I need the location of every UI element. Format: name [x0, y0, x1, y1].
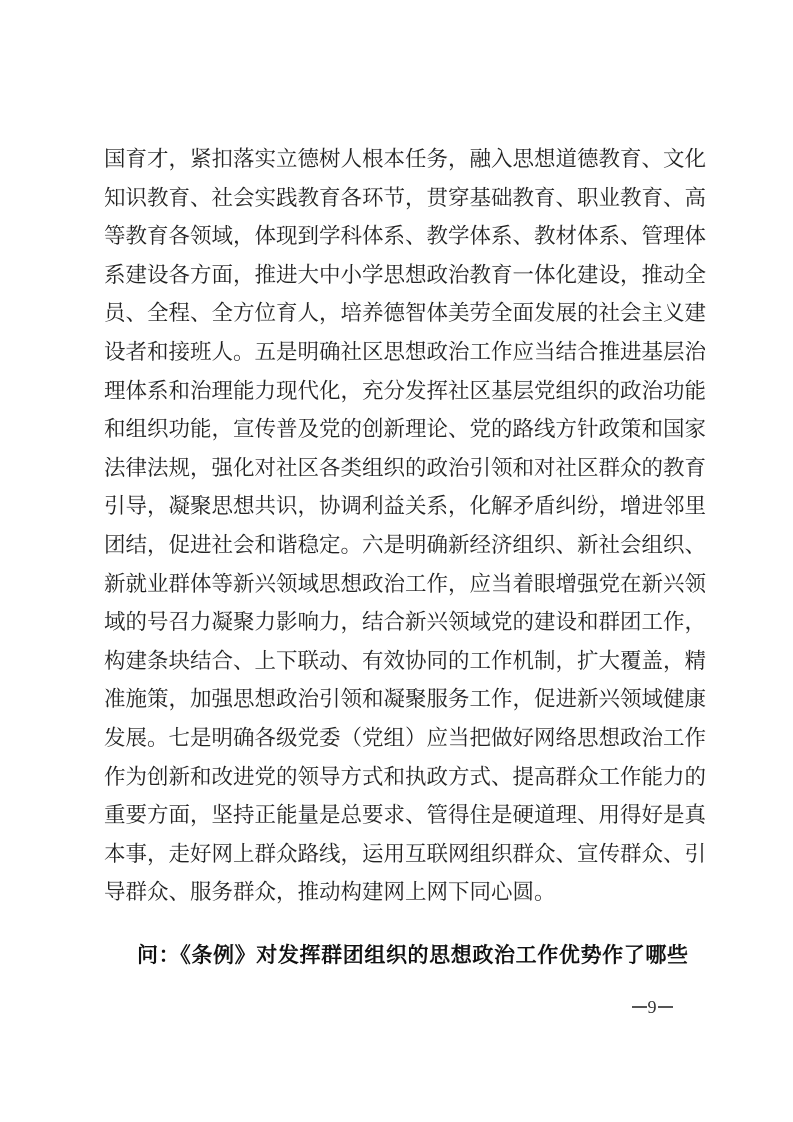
body-paragraph: 国育才，紧扣落实立德树人根本任务，融入思想道德教育、文化 知识教育、社会实践教育… — [104, 141, 688, 913]
page-number: 9 — [626, 994, 678, 1020]
page-number-dash-left — [632, 1006, 647, 1008]
text-line: 和组织功能，宣传普及党的创新理论、党的路线方针政策和国家 — [104, 411, 688, 450]
text-line: 域的号召力凝聚力影响力，结合新兴领域党的建设和群团工作， — [104, 604, 688, 643]
text-line: 构建条块结合、上下联动、有效协同的工作机制，扩大覆盖，精 — [104, 643, 688, 682]
text-line: 等教育各领域，体现到学科体系、教学体系、教材体系、管理体 — [104, 218, 688, 257]
text-line-last: 导群众、服务群众，推动构建网上网下同心圆。 — [104, 874, 688, 913]
page-number-value: 9 — [647, 997, 658, 1018]
text-line: 系建设各方面，推进大中小学思想政治教育一体化建设，推动全 — [104, 257, 688, 296]
text-line: 设者和接班人。五是明确社区思想政治工作应当结合推进基层治 — [104, 334, 688, 373]
text-line: 准施策，加强思想政治引领和凝聚服务工作，促进新兴领域健康 — [104, 681, 688, 720]
text-line: 法律法规，强化对社区各类组织的政治引领和对社区群众的教育 — [104, 450, 688, 489]
text-line: 作为创新和改进党的领导方式和执政方式、提高群众工作能力的 — [104, 759, 688, 798]
text-line: 团结，促进社会和谐稳定。六是明确新经济组织、新社会组织、 — [104, 527, 688, 566]
document-page: 国育才，紧扣落实立德树人根本任务，融入思想道德教育、文化 知识教育、社会实践教育… — [0, 0, 793, 1122]
text-line: 理体系和治理能力现代化，充分发挥社区基层党组织的政治功能 — [104, 373, 688, 412]
question-heading: 问：《条例》对发挥群团组织的思想政治工作优势作了哪些 — [137, 935, 688, 975]
text-line: 新就业群体等新兴领域思想政治工作，应当着眼增强党在新兴领 — [104, 566, 688, 605]
page-number-dash-right — [658, 1006, 673, 1008]
text-line: 重要方面，坚持正能量是总要求、管得住是硬道理、用得好是真 — [104, 797, 688, 836]
text-line: 发展。七是明确各级党委（党组）应当把做好网络思想政治工作 — [104, 720, 688, 759]
text-line: 知识教育、社会实践教育各环节，贯穿基础教育、职业教育、高 — [104, 180, 688, 219]
text-line: 引导，凝聚思想共识，协调利益关系，化解矛盾纠纷，增进邻里 — [104, 488, 688, 527]
text-line: 国育才，紧扣落实立德树人根本任务，融入思想道德教育、文化 — [104, 141, 688, 180]
text-line: 本事，走好网上群众路线，运用互联网组织群众、宣传群众、引 — [104, 836, 688, 875]
text-line: 员、全程、全方位育人，培养德智体美劳全面发展的社会主义建 — [104, 295, 688, 334]
